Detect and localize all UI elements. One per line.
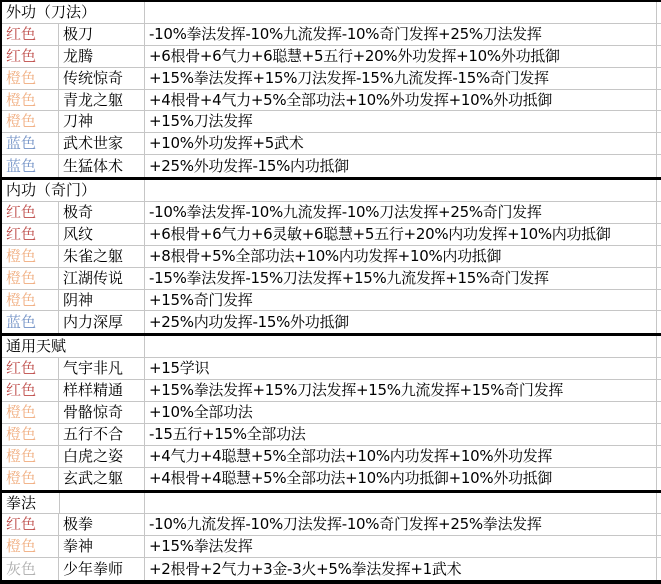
effect-cell[interactable]: -10%拳法发挥-10%九流发挥-10%刀法发挥+25%奇门发挥: [145, 202, 657, 223]
name-cell[interactable]: 朱雀之躯: [59, 246, 145, 267]
effect-cell[interactable]: +4根骨+4气力+5%全部功法+10%外功发挥+10%外功抵御: [145, 90, 657, 111]
effect-cell[interactable]: +4根骨+4聪慧+5%全部功法+10%内功抵御+10%外功抵御: [145, 468, 657, 490]
grid-edge-cell: [657, 68, 661, 89]
effect-cell[interactable]: -15五行+15%全部功法: [145, 424, 657, 445]
name-cell[interactable]: 内力深厚: [59, 311, 145, 333]
table-row: 橙色传统惊奇+15%拳法发挥+15%刀法发挥-15%九流发挥-15%奇门发挥: [2, 68, 661, 90]
name-cell[interactable]: 刀神: [59, 111, 145, 132]
effect-cell[interactable]: +10%全部功法: [145, 402, 657, 423]
section-title-cell[interactable]: 内功（奇门）: [2, 180, 145, 201]
section-header-row: 内功（奇门）: [2, 180, 661, 202]
empty-cell[interactable]: [145, 2, 657, 23]
grid-edge-cell: [657, 558, 661, 580]
section-header-row: 拳法: [2, 493, 661, 515]
grid-edge-cell: [657, 90, 661, 111]
grade-cell[interactable]: 红色: [2, 24, 59, 45]
grid-edge-cell: [657, 290, 661, 311]
effect-cell[interactable]: +6根骨+6气力+6聪慧+5五行+20%外功发挥+10%外功抵御: [145, 46, 657, 67]
name-cell[interactable]: 玄武之躯: [59, 468, 145, 490]
empty-cell[interactable]: [145, 180, 657, 201]
table-row: 橙色白虎之姿+4气力+4聪慧+5%全部功法+10%内功发挥+10%外功发挥: [2, 446, 661, 468]
grid-edge-cell: [657, 358, 661, 379]
grid-edge-cell: [657, 180, 661, 201]
grid-edge-cell: [657, 268, 661, 289]
grid-edge-cell: [657, 202, 661, 223]
table-row: 红色极拳-10%九流发挥-10%刀法发挥-10%奇门发挥+25%拳法发挥: [2, 514, 661, 536]
table-row: 橙色阴神+15%奇门发挥: [2, 290, 661, 312]
grid-edge-cell: [657, 224, 661, 245]
grade-cell[interactable]: 橙色: [2, 246, 59, 267]
grid-edge-cell: [657, 24, 661, 45]
name-cell[interactable]: 骨骼惊奇: [59, 402, 145, 423]
grid-edge-cell: [657, 336, 661, 357]
table-row: 红色极刀-10%拳法发挥-10%九流发挥-10%奇门发挥+25%刀法发挥: [2, 24, 661, 46]
grid-edge-cell: [657, 468, 661, 490]
name-cell[interactable]: 传统惊奇: [59, 68, 145, 89]
grade-cell[interactable]: 红色: [2, 380, 59, 401]
table-row: 红色样样精通+15%拳法发挥+15%刀法发挥+15%九流发挥+15%奇门发挥: [2, 380, 661, 402]
name-cell[interactable]: 风纹: [59, 224, 145, 245]
name-cell[interactable]: 龙腾: [59, 46, 145, 67]
table-row: 橙色青龙之躯+4根骨+4气力+5%全部功法+10%外功发挥+10%外功抵御: [2, 90, 661, 112]
table-row: 蓝色生猛体术+25%外功发挥-15%内功抵御: [2, 155, 661, 177]
grade-cell[interactable]: 红色: [2, 358, 59, 379]
name-cell[interactable]: 五行不合: [59, 424, 145, 445]
grade-cell[interactable]: 红色: [2, 224, 59, 245]
name-cell[interactable]: 极奇: [59, 202, 145, 223]
grade-cell[interactable]: 灰色: [2, 558, 59, 580]
grid-edge-cell: [657, 402, 661, 423]
effect-cell[interactable]: +6根骨+6气力+6灵敏+6聪慧+5五行+20%内功发挥+10%内功抵御: [145, 224, 657, 245]
grid-edge-cell: [657, 380, 661, 401]
section-title-cell[interactable]: 通用天赋: [2, 336, 145, 357]
name-cell[interactable]: 江湖传说: [59, 268, 145, 289]
table-row: 红色极奇-10%拳法发挥-10%九流发挥-10%刀法发挥+25%奇门发挥: [2, 202, 661, 224]
grade-cell[interactable]: 蓝色: [2, 133, 59, 154]
grid-edge-cell: [657, 446, 661, 467]
effect-cell[interactable]: +8根骨+5%全部功法+10%内功发挥+10%内功抵御: [145, 246, 657, 267]
table-section: 内功（奇门）红色极奇-10%拳法发挥-10%九流发挥-10%刀法发挥+25%奇门…: [2, 180, 661, 336]
name-cell[interactable]: 白虎之姿: [59, 446, 145, 467]
grid-edge-cell: [657, 2, 661, 23]
grade-cell[interactable]: 橙色: [2, 111, 59, 132]
grade-cell[interactable]: 橙色: [2, 468, 59, 490]
table-row: 橙色江湖传说-15%拳法发挥-15%刀法发挥+15%九流发挥+15%奇门发挥: [2, 268, 661, 290]
grid-edge-cell: [657, 311, 661, 333]
section-title-cell[interactable]: 外功（刀法）: [2, 2, 145, 23]
empty-cell[interactable]: [145, 493, 657, 514]
grade-cell[interactable]: 橙色: [2, 536, 59, 557]
grade-cell[interactable]: 橙色: [2, 68, 59, 89]
grade-cell[interactable]: 蓝色: [2, 155, 59, 177]
table-row: 蓝色武术世家+10%外功发挥+5武术: [2, 133, 661, 155]
section-title-cell[interactable]: 拳法: [2, 493, 145, 514]
grade-cell[interactable]: 红色: [2, 202, 59, 223]
table-row: 橙色骨骼惊奇+10%全部功法: [2, 402, 661, 424]
grid-edge-cell: [657, 46, 661, 67]
effect-cell[interactable]: +10%外功发挥+5武术: [145, 133, 657, 154]
effect-cell[interactable]: +2根骨+2气力+3金-3火+5%拳法发挥+1武术: [145, 558, 657, 580]
effect-cell[interactable]: +4气力+4聪慧+5%全部功法+10%内功发挥+10%外功发挥: [145, 446, 657, 467]
grid-edge-cell: [657, 246, 661, 267]
effect-cell[interactable]: +15%拳法发挥: [145, 536, 657, 557]
effect-cell[interactable]: +15%奇门发挥: [145, 290, 657, 311]
grid-edge-cell: [657, 514, 661, 535]
grade-cell[interactable]: 橙色: [2, 268, 59, 289]
grade-cell[interactable]: 橙色: [2, 446, 59, 467]
table-row: 橙色拳神+15%拳法发挥: [2, 536, 661, 558]
grid-edge-cell: [657, 133, 661, 154]
grid-edge-cell: [657, 111, 661, 132]
name-cell[interactable]: 武术世家: [59, 133, 145, 154]
table-row: 橙色刀神+15%刀法发挥: [2, 111, 661, 133]
name-cell[interactable]: 阴神: [59, 290, 145, 311]
grade-cell[interactable]: 蓝色: [2, 311, 59, 333]
grade-cell[interactable]: 橙色: [2, 290, 59, 311]
table-row: 红色气宇非凡+15学识: [2, 358, 661, 380]
spreadsheet-grid: 外功（刀法）红色极刀-10%拳法发挥-10%九流发挥-10%奇门发挥+25%刀法…: [0, 0, 661, 584]
table-section: 拳法红色极拳-10%九流发挥-10%刀法发挥-10%奇门发挥+25%拳法发挥橙色…: [2, 493, 661, 581]
name-cell[interactable]: 生猛体术: [59, 155, 145, 177]
table-section: 外功（刀法）红色极刀-10%拳法发挥-10%九流发挥-10%奇门发挥+25%刀法…: [2, 2, 661, 180]
table-row: 橙色朱雀之躯+8根骨+5%全部功法+10%内功发挥+10%内功抵御: [2, 246, 661, 268]
table-row: 蓝色内力深厚+25%内功发挥-15%外功抵御: [2, 311, 661, 333]
grid-edge-cell: [657, 536, 661, 557]
table-row: 橙色玄武之躯+4根骨+4聪慧+5%全部功法+10%内功抵御+10%外功抵御: [2, 468, 661, 490]
grid-edge-cell: [657, 424, 661, 445]
empty-cell[interactable]: [145, 336, 657, 357]
name-cell[interactable]: 样样精通: [59, 380, 145, 401]
section-header-row: 外功（刀法）: [2, 2, 661, 24]
grade-cell[interactable]: 橙色: [2, 90, 59, 111]
table-row: 红色风纹+6根骨+6气力+6灵敏+6聪慧+5五行+20%内功发挥+10%内功抵御: [2, 224, 661, 246]
section-header-row: 通用天赋: [2, 336, 661, 358]
grade-cell[interactable]: 红色: [2, 514, 59, 535]
effect-cell[interactable]: -15%拳法发挥-15%刀法发挥+15%九流发挥+15%奇门发挥: [145, 268, 657, 289]
name-cell[interactable]: 气宇非凡: [59, 358, 145, 379]
name-cell[interactable]: 拳神: [59, 536, 145, 557]
table-row: 灰色少年拳师+2根骨+2气力+3金-3火+5%拳法发挥+1武术: [2, 558, 661, 580]
table-section: 通用天赋红色气宇非凡+15学识红色样样精通+15%拳法发挥+15%刀法发挥+15…: [2, 336, 661, 492]
effect-cell[interactable]: -10%拳法发挥-10%九流发挥-10%奇门发挥+25%刀法发挥: [145, 24, 657, 45]
table-row: 橙色五行不合-15五行+15%全部功法: [2, 424, 661, 446]
grid-edge-cell: [657, 493, 661, 514]
grade-cell[interactable]: 红色: [2, 46, 59, 67]
name-cell[interactable]: 少年拳师: [59, 558, 145, 580]
name-cell[interactable]: 青龙之躯: [59, 90, 145, 111]
effect-cell[interactable]: -10%九流发挥-10%刀法发挥-10%奇门发挥+25%拳法发挥: [145, 514, 657, 535]
column-divider: [59, 493, 60, 514]
effect-cell[interactable]: +15学识: [145, 358, 657, 379]
effect-cell[interactable]: +15%拳法发挥+15%刀法发挥+15%九流发挥+15%奇门发挥: [145, 380, 657, 401]
grade-cell[interactable]: 橙色: [2, 424, 59, 445]
grade-cell[interactable]: 橙色: [2, 402, 59, 423]
effect-cell[interactable]: +25%外功发挥-15%内功抵御: [145, 155, 657, 177]
effect-cell[interactable]: +25%内功发挥-15%外功抵御: [145, 311, 657, 333]
grid-edge-cell: [657, 155, 661, 177]
effect-cell[interactable]: +15%刀法发挥: [145, 111, 657, 132]
name-cell[interactable]: 极拳: [59, 514, 145, 535]
name-cell[interactable]: 极刀: [59, 24, 145, 45]
table-row: 红色龙腾+6根骨+6气力+6聪慧+5五行+20%外功发挥+10%外功抵御: [2, 46, 661, 68]
effect-cell[interactable]: +15%拳法发挥+15%刀法发挥-15%九流发挥-15%奇门发挥: [145, 68, 657, 89]
